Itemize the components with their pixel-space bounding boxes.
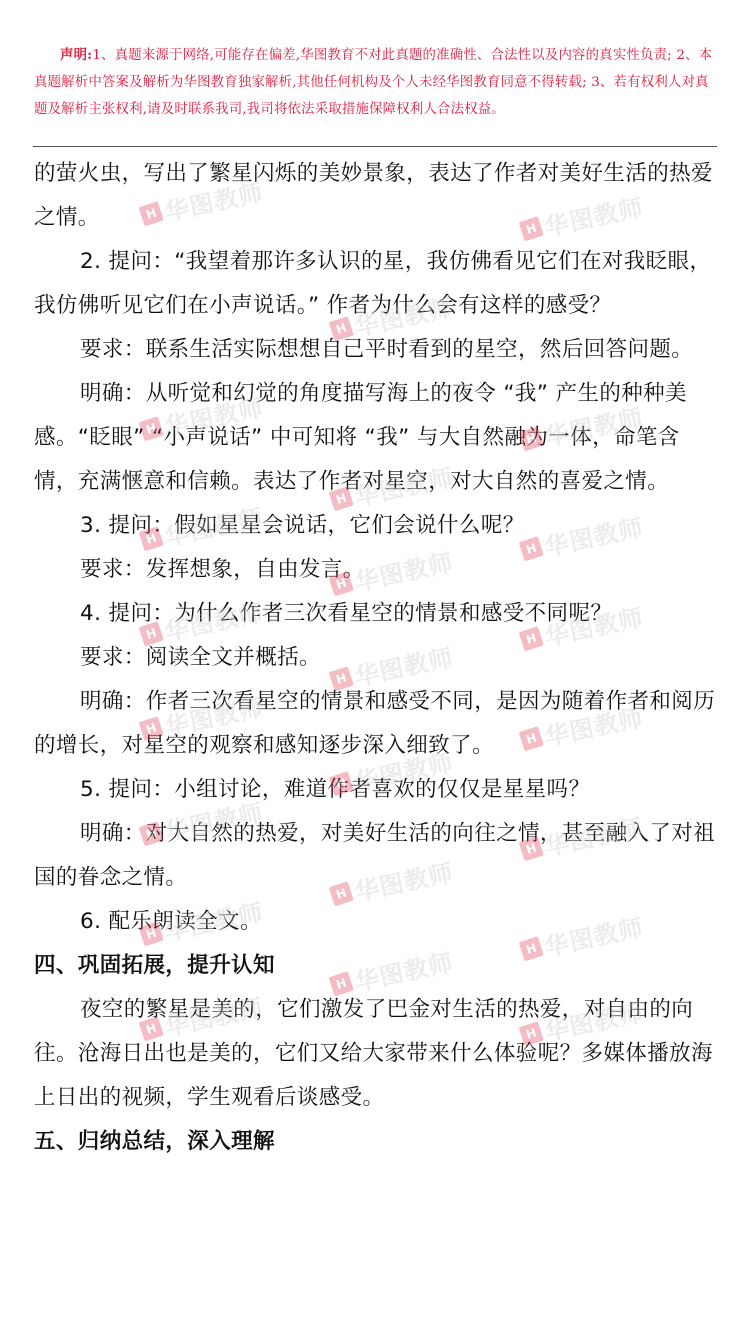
question-4: 4. 提问：为什么作者三次看星空的情景和感受不同呢？ [34, 592, 716, 636]
answer-2: 明确：从听觉和幻觉的角度描写海上的夜令 “我” 产生的种种美感。“眨眼” “小声… [34, 372, 716, 504]
section-heading-4: 四、巩固拓展，提升认知 [34, 944, 716, 988]
paragraph-continuation: 的萤火虫，写出了繁星闪烁的美妙景象，表达了作者对美好生活的热爱之情。 [34, 152, 716, 240]
section-heading-5: 五、归纳总结，深入理解 [34, 1120, 716, 1164]
disclaimer-text: 1、真题来源于网络,可能存在偏差,华图教育不对此真题的准确性、合法性以及内容的真… [34, 48, 712, 117]
requirement-3: 要求：发挥想象，自由发言。 [34, 548, 716, 592]
document-body: 的萤火虫，写出了繁星闪烁的美妙景象，表达了作者对美好生活的热爱之情。 2. 提问… [34, 152, 716, 1164]
requirement-2: 要求：联系生活实际想想自己平时看到的星空，然后回答问题。 [34, 328, 716, 372]
header-divider [33, 146, 717, 147]
disclaimer-label: 声明: [60, 47, 92, 63]
question-3: 3. 提问：假如星星会说话，它们会说什么呢？ [34, 504, 716, 548]
answer-5: 明确：对大自然的热爱，对美好生活的向往之情，甚至融入了对祖国的眷念之情。 [34, 812, 716, 900]
section-4-body: 夜空的繁星是美的，它们激发了巴金对生活的热爱，对自由的向往。沧海日出也是美的，它… [34, 988, 716, 1120]
step-6: 6. 配乐朗读全文。 [34, 900, 716, 944]
disclaimer-notice: 声明:1、真题来源于网络,可能存在偏差,华图教育不对此真题的准确性、合法性以及内… [34, 42, 716, 123]
answer-4: 明确：作者三次看星空的情景和感受不同，是因为随着作者和阅历的增长，对星空的观察和… [34, 680, 716, 768]
question-5: 5. 提问：小组讨论，难道作者喜欢的仅仅是星星吗？ [34, 768, 716, 812]
question-2: 2. 提问：“我望着那许多认识的星，我仿佛看见它们在对我眨眼，我仿佛听见它们在小… [34, 240, 716, 328]
requirement-4: 要求：阅读全文并概括。 [34, 636, 716, 680]
